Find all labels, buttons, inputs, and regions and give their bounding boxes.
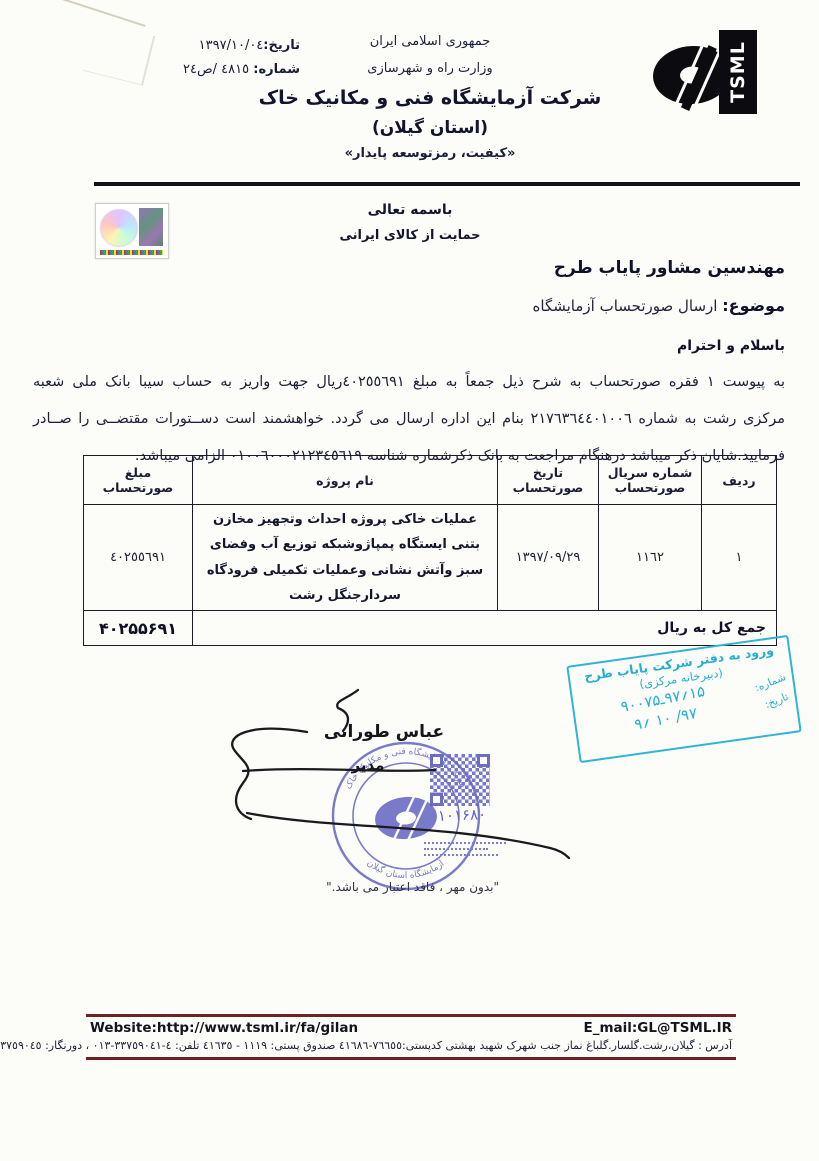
col-header-project: نام پروژه <box>193 456 498 505</box>
tsml-logo-bar: TSML <box>719 30 757 114</box>
table-header-row: ردیف شماره سریال صورتحساب تاریخ صورتحساب… <box>84 456 777 505</box>
footer-email: E_mail:GL@TSML.IR <box>584 1020 733 1036</box>
tsml-logo: TSML <box>636 26 771 118</box>
subject-line: موضوع: ارسال صورتحساب آزمایشگاه <box>533 296 785 315</box>
table-total-row: جمع کل به ریال ۴۰۲۵۵۶۹۱ <box>84 611 777 646</box>
footer-website: Website:http://www.tsml.ir/fa/gilan <box>90 1020 358 1036</box>
footer-address: آدرس : گیلان،رشت.گلسار.گلباغ نماز جنب شه… <box>90 1039 732 1052</box>
table-row: ۱ ۱۱٦۲ ۱۳۹۷/۰۹/۲۹ عملیات خاکی پروژه احدا… <box>84 505 777 611</box>
total-value: ۴۰۲۵۵۶۹۱ <box>84 611 193 646</box>
subject-text: ارسال صورتحساب آزمایشگاه <box>533 297 723 315</box>
cell-index: ۱ <box>702 505 777 611</box>
col-header-date: تاریخ صورتحساب <box>498 456 599 505</box>
header-divider <box>94 182 800 186</box>
total-label: جمع کل به ریال <box>193 611 777 646</box>
support-slogan: حمایت از کالای ایرانی <box>250 228 570 243</box>
cell-serial: ۱۱٦۲ <box>599 505 702 611</box>
col-header-amount: مبلغ صورتحساب <box>84 456 193 505</box>
entry-stamp: ورود به دفتر شرکت پایاب طرح (دبیرخانه مر… <box>566 635 801 763</box>
col-header-serial: شماره سریال صورتحساب <box>599 456 702 505</box>
footer: Website:http://www.tsml.ir/fa/gilan E_ma… <box>86 1014 736 1060</box>
scanned-letter-page: تاریخ:۱۳۹۷/۱۰/۰٤ شماره: ٤٨١٥ /ص٢٤ جمهوری… <box>0 0 819 1161</box>
gov-line2: وزارت راه و شهرسازی <box>230 61 630 76</box>
bismillah-line: باسمه تعالی <box>250 202 570 218</box>
hologram-sticker <box>95 203 169 259</box>
hologram-circle-icon <box>100 209 138 247</box>
gov-line1: جمهوری اسلامی ایران <box>230 34 630 49</box>
company-name: شرکت آزمایشگاه فنی و مکانیک خاک <box>230 87 630 109</box>
recipient-name: مهندسین مشاور پایاب طرح <box>554 258 785 278</box>
validity-note: "بدون مهر ، فاقد اعتبار می باشد." <box>326 880 499 894</box>
cell-date: ۱۳۹۷/۰۹/۲۹ <box>498 505 599 611</box>
province-name: (استان گیلان) <box>230 118 630 138</box>
letterhead: جمهوری اسلامی ایران وزارت راه و شهرسازی … <box>230 34 630 161</box>
col-header-index: ردیف <box>702 456 777 505</box>
subject-label: موضوع: <box>722 296 785 315</box>
hologram-barcode-icon <box>100 250 163 255</box>
bismillah-block: باسمه تعالی حمایت از کالای ایرانی <box>250 202 570 243</box>
cell-amount: ٤٠٢٥٥٦٩١ <box>84 505 193 611</box>
handwritten-signature <box>195 680 590 875</box>
cell-project: عملیات خاکی پروژه احداث وتجهیز مخازن بتن… <box>193 505 498 611</box>
tsml-logo-text: TSML <box>727 41 749 103</box>
salutation: باسلام و احترام <box>677 338 785 354</box>
invoice-table: ردیف شماره سریال صورتحساب تاریخ صورتحساب… <box>83 455 777 646</box>
company-slogan: «کیفیت، رمزتوسعه پایدار» <box>230 146 630 161</box>
hologram-rect-icon <box>139 208 163 246</box>
body-line-2: مرکزی رشت به شماره ۲۱۷٦۳٦٤٤٠۱۰۰٦ بنام ای… <box>33 401 785 438</box>
body-line-1: به پیوست ۱ فقره صورتحساب به شرح ذیل جمعا… <box>33 364 785 401</box>
fold-crease <box>40 0 145 27</box>
